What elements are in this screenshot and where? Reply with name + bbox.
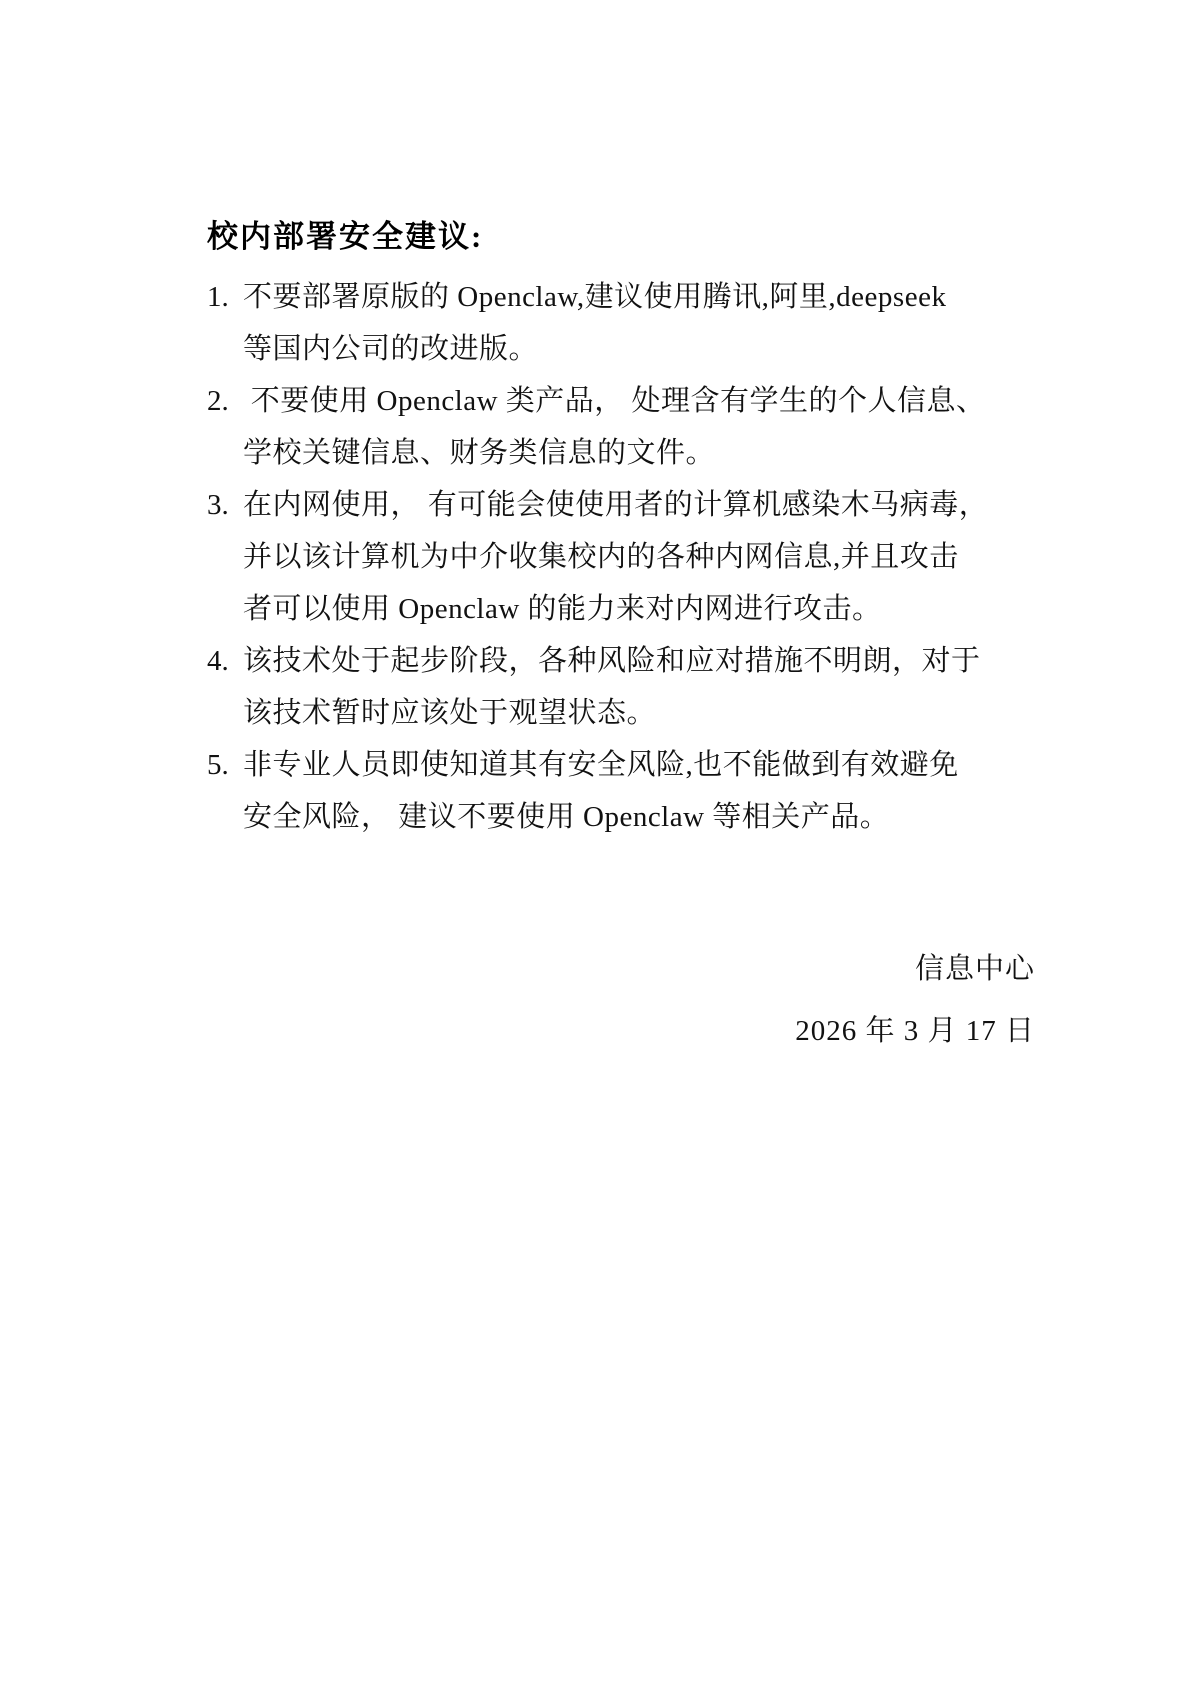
item-number: 1. xyxy=(207,271,243,323)
item-text: 不要使用 Openclaw 类产品， 处理含有学生的个人信息、 学校关键信息、财… xyxy=(243,375,1059,479)
item-text: 不要部署原版的 Openclaw,建议使用腾讯,阿里,deepseek 等国内公… xyxy=(243,271,1059,375)
document-page: 校内部署安全建议: 1. 不要部署原版的 Openclaw,建议使用腾讯,阿里,… xyxy=(0,0,1191,1684)
item-text: 非专业人员即使知道其有安全风险,也不能做到有效避免 安全风险， 建议不要使用 O… xyxy=(243,739,1059,843)
document-title: 校内部署安全建议: xyxy=(207,213,1059,261)
list-item-3: 3. 在内网使用， 有可能会使使用者的计算机感染木马病毒， 并以该计算机为中介收… xyxy=(207,479,1059,635)
item-text: 该技术处于起步阶段，各种风险和应对措施不明朗，对于 该技术暂时应该处于观望状态。 xyxy=(243,635,1059,739)
item-number: 4. xyxy=(207,635,243,687)
signature-block: 信息中心 2026 年 3 月 17 日 xyxy=(207,943,1059,1057)
list-item-2: 2. 不要使用 Openclaw 类产品， 处理含有学生的个人信息、 学校关键信… xyxy=(207,375,1059,479)
item-number: 2. xyxy=(207,375,243,427)
signature-org: 信息中心 xyxy=(207,943,1035,995)
list-item-5: 5. 非专业人员即使知道其有安全风险,也不能做到有效避免 安全风险， 建议不要使… xyxy=(207,739,1059,843)
recommendation-list: 1. 不要部署原版的 Openclaw,建议使用腾讯,阿里,deepseek 等… xyxy=(207,271,1059,843)
signature-date: 2026 年 3 月 17 日 xyxy=(207,1005,1035,1057)
list-item-4: 4. 该技术处于起步阶段，各种风险和应对措施不明朗，对于 该技术暂时应该处于观望… xyxy=(207,635,1059,739)
item-number: 5. xyxy=(207,739,243,791)
document-body: 校内部署安全建议: 1. 不要部署原版的 Openclaw,建议使用腾讯,阿里,… xyxy=(207,213,1059,1057)
item-number: 3. xyxy=(207,479,243,531)
item-text: 在内网使用， 有可能会使使用者的计算机感染木马病毒， 并以该计算机为中介收集校内… xyxy=(243,479,1059,635)
list-item-1: 1. 不要部署原版的 Openclaw,建议使用腾讯,阿里,deepseek 等… xyxy=(207,271,1059,375)
